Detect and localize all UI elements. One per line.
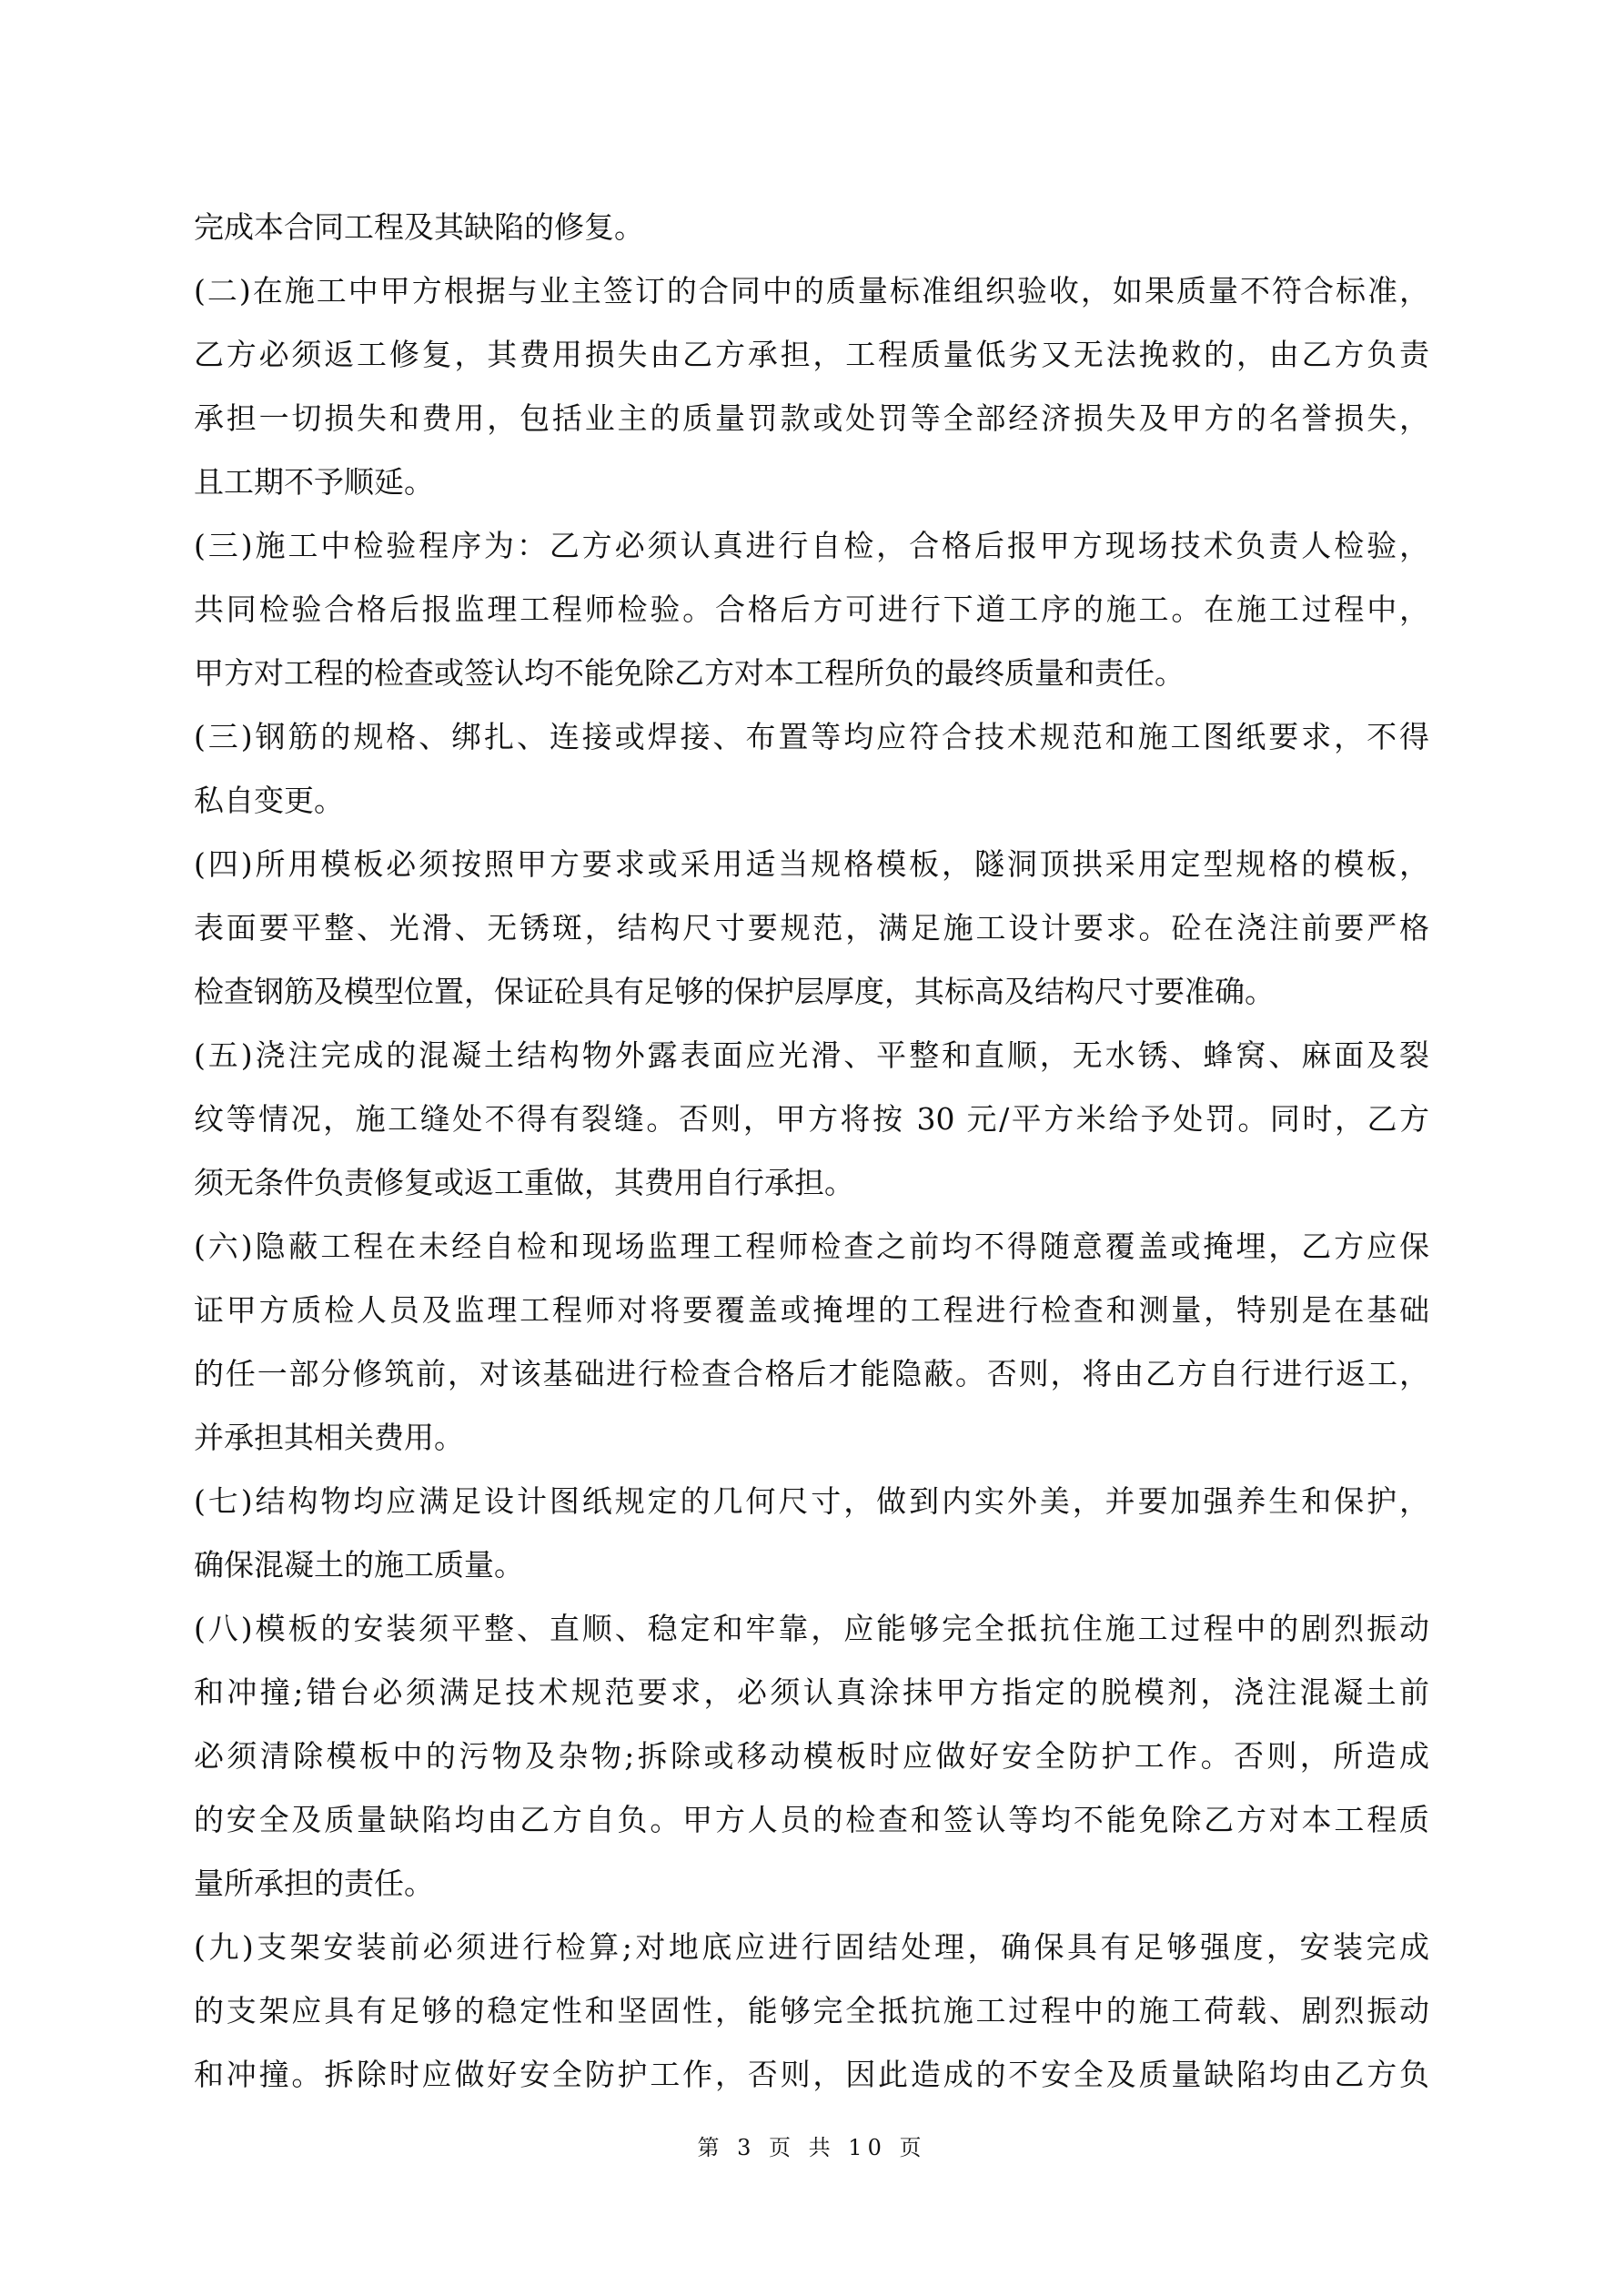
text-line: 确保混凝土的施工质量。 — [194, 1533, 1429, 1597]
text-line: 检查钢筋及模型位置，保证砼具有足够的保护层厚度，其标高及结构尺寸要准确。 — [194, 960, 1429, 1024]
text-line: 纹等情况，施工缝处不得有裂缝。否则，甲方将按 30 元/平方米给予处罚。同时，乙… — [194, 1087, 1429, 1151]
text-line: (九)支架安装前必须进行检算;对地底应进行固结处理，确保具有足够强度，安装完成 — [194, 1916, 1429, 1979]
text-line: 承担一切损失和费用，包括业主的质量罚款或处罚等全部经济损失及甲方的名誉损失， — [194, 387, 1429, 450]
text-line: 甲方对工程的检查或签认均不能免除乙方对本工程所负的最终质量和责任。 — [194, 642, 1429, 705]
text-line: (八)模板的安装须平整、直顺、稳定和牢靠，应能够完全抵抗住施工过程中的剧烈振动 — [194, 1597, 1429, 1661]
text-line: 须无条件负责修复或返工重做，其费用自行承担。 — [194, 1151, 1429, 1215]
text-line: 和冲撞。拆除时应做好安全防护工作，否则，因此造成的不安全及质量缺陷均由乙方负 — [194, 2043, 1429, 2107]
text-line: 量所承担的责任。 — [194, 1852, 1429, 1916]
text-line: 的任一部分修筑前，对该基础进行检查合格后才能隐蔽。否则，将由乙方自行进行返工， — [194, 1342, 1429, 1406]
paragraph: (五)浇注完成的混凝土结构物外露表面应光滑、平整和直顺，无水锈、蜂窝、麻面及裂纹… — [194, 1024, 1429, 1215]
text-line: (二)在施工中甲方根据与业主签订的合同中的质量标准组织验收，如果质量不符合标准， — [194, 259, 1429, 323]
text-line: (三)施工中检验程序为：乙方必须认真进行自检，合格后报甲方现场技术负责人检验， — [194, 514, 1429, 578]
text-line: 的安全及质量缺陷均由乙方自负。甲方人员的检查和签认等均不能免除乙方对本工程质 — [194, 1788, 1429, 1852]
paragraph: (二)在施工中甲方根据与业主签订的合同中的质量标准组织验收，如果质量不符合标准，… — [194, 259, 1429, 514]
text-line: 并承担其相关费用。 — [194, 1406, 1429, 1470]
paragraph: (六)隐蔽工程在未经自检和现场监理工程师检查之前均不得随意覆盖或掩埋，乙方应保证… — [194, 1215, 1429, 1470]
paragraph: (四)所用模板必须按照甲方要求或采用适当规格模板，隧洞顶拱采用定型规格的模板，表… — [194, 833, 1429, 1024]
text-line: 完成本合同工程及其缺陷的修复。 — [194, 196, 1429, 259]
paragraph: (三)施工中检验程序为：乙方必须认真进行自检，合格后报甲方现场技术负责人检验，共… — [194, 514, 1429, 705]
text-line: 且工期不予顺延。 — [194, 450, 1429, 514]
text-line: 和冲撞;错台必须满足技术规范要求，必须认真涂抹甲方指定的脱模剂，浇注混凝土前 — [194, 1661, 1429, 1725]
paragraph: (九)支架安装前必须进行检算;对地底应进行固结处理，确保具有足够强度，安装完成的… — [194, 1916, 1429, 2107]
text-line: 证甲方质检人员及监理工程师对将要覆盖或掩埋的工程进行检查和测量，特别是在基础 — [194, 1279, 1429, 1342]
text-line: (五)浇注完成的混凝土结构物外露表面应光滑、平整和直顺，无水锈、蜂窝、麻面及裂 — [194, 1024, 1429, 1087]
text-line: (六)隐蔽工程在未经自检和现场监理工程师检查之前均不得随意覆盖或掩埋，乙方应保 — [194, 1215, 1429, 1279]
text-line: 乙方必须返工修复，其费用损失由乙方承担，工程质量低劣又无法挽救的，由乙方负责 — [194, 323, 1429, 387]
document-body: 完成本合同工程及其缺陷的修复。(二)在施工中甲方根据与业主签订的合同中的质量标准… — [194, 196, 1429, 2107]
text-line: 必须清除模板中的污物及杂物;拆除或移动模板时应做好安全防护工作。否则，所造成 — [194, 1725, 1429, 1788]
text-line: 的支架应具有足够的稳定性和坚固性，能够完全抵抗施工过程中的施工荷载、剧烈振动 — [194, 1979, 1429, 2043]
text-line: 共同检验合格后报监理工程师检验。合格后方可进行下道工序的施工。在施工过程中， — [194, 578, 1429, 642]
page-number-footer: 第 3 页 共 10 页 — [0, 2129, 1624, 2161]
text-line: (三)钢筋的规格、绑扎、连接或焊接、布置等均应符合技术规范和施工图纸要求，不得 — [194, 705, 1429, 769]
paragraph: (七)结构物均应满足设计图纸规定的几何尺寸，做到内实外美，并要加强养生和保护，确… — [194, 1470, 1429, 1597]
paragraph: (三)钢筋的规格、绑扎、连接或焊接、布置等均应符合技术规范和施工图纸要求，不得私… — [194, 705, 1429, 833]
text-line: 表面要平整、光滑、无锈斑，结构尺寸要规范，满足施工设计要求。砼在浇注前要严格 — [194, 896, 1429, 960]
document-page: 完成本合同工程及其缺陷的修复。(二)在施工中甲方根据与业主签订的合同中的质量标准… — [0, 0, 1624, 2296]
text-line: (七)结构物均应满足设计图纸规定的几何尺寸，做到内实外美，并要加强养生和保护， — [194, 1470, 1429, 1533]
text-line: (四)所用模板必须按照甲方要求或采用适当规格模板，隧洞顶拱采用定型规格的模板， — [194, 833, 1429, 896]
paragraph: 完成本合同工程及其缺陷的修复。 — [194, 196, 1429, 259]
text-line: 私自变更。 — [194, 769, 1429, 833]
paragraph: (八)模板的安装须平整、直顺、稳定和牢靠，应能够完全抵抗住施工过程中的剧烈振动和… — [194, 1597, 1429, 1916]
